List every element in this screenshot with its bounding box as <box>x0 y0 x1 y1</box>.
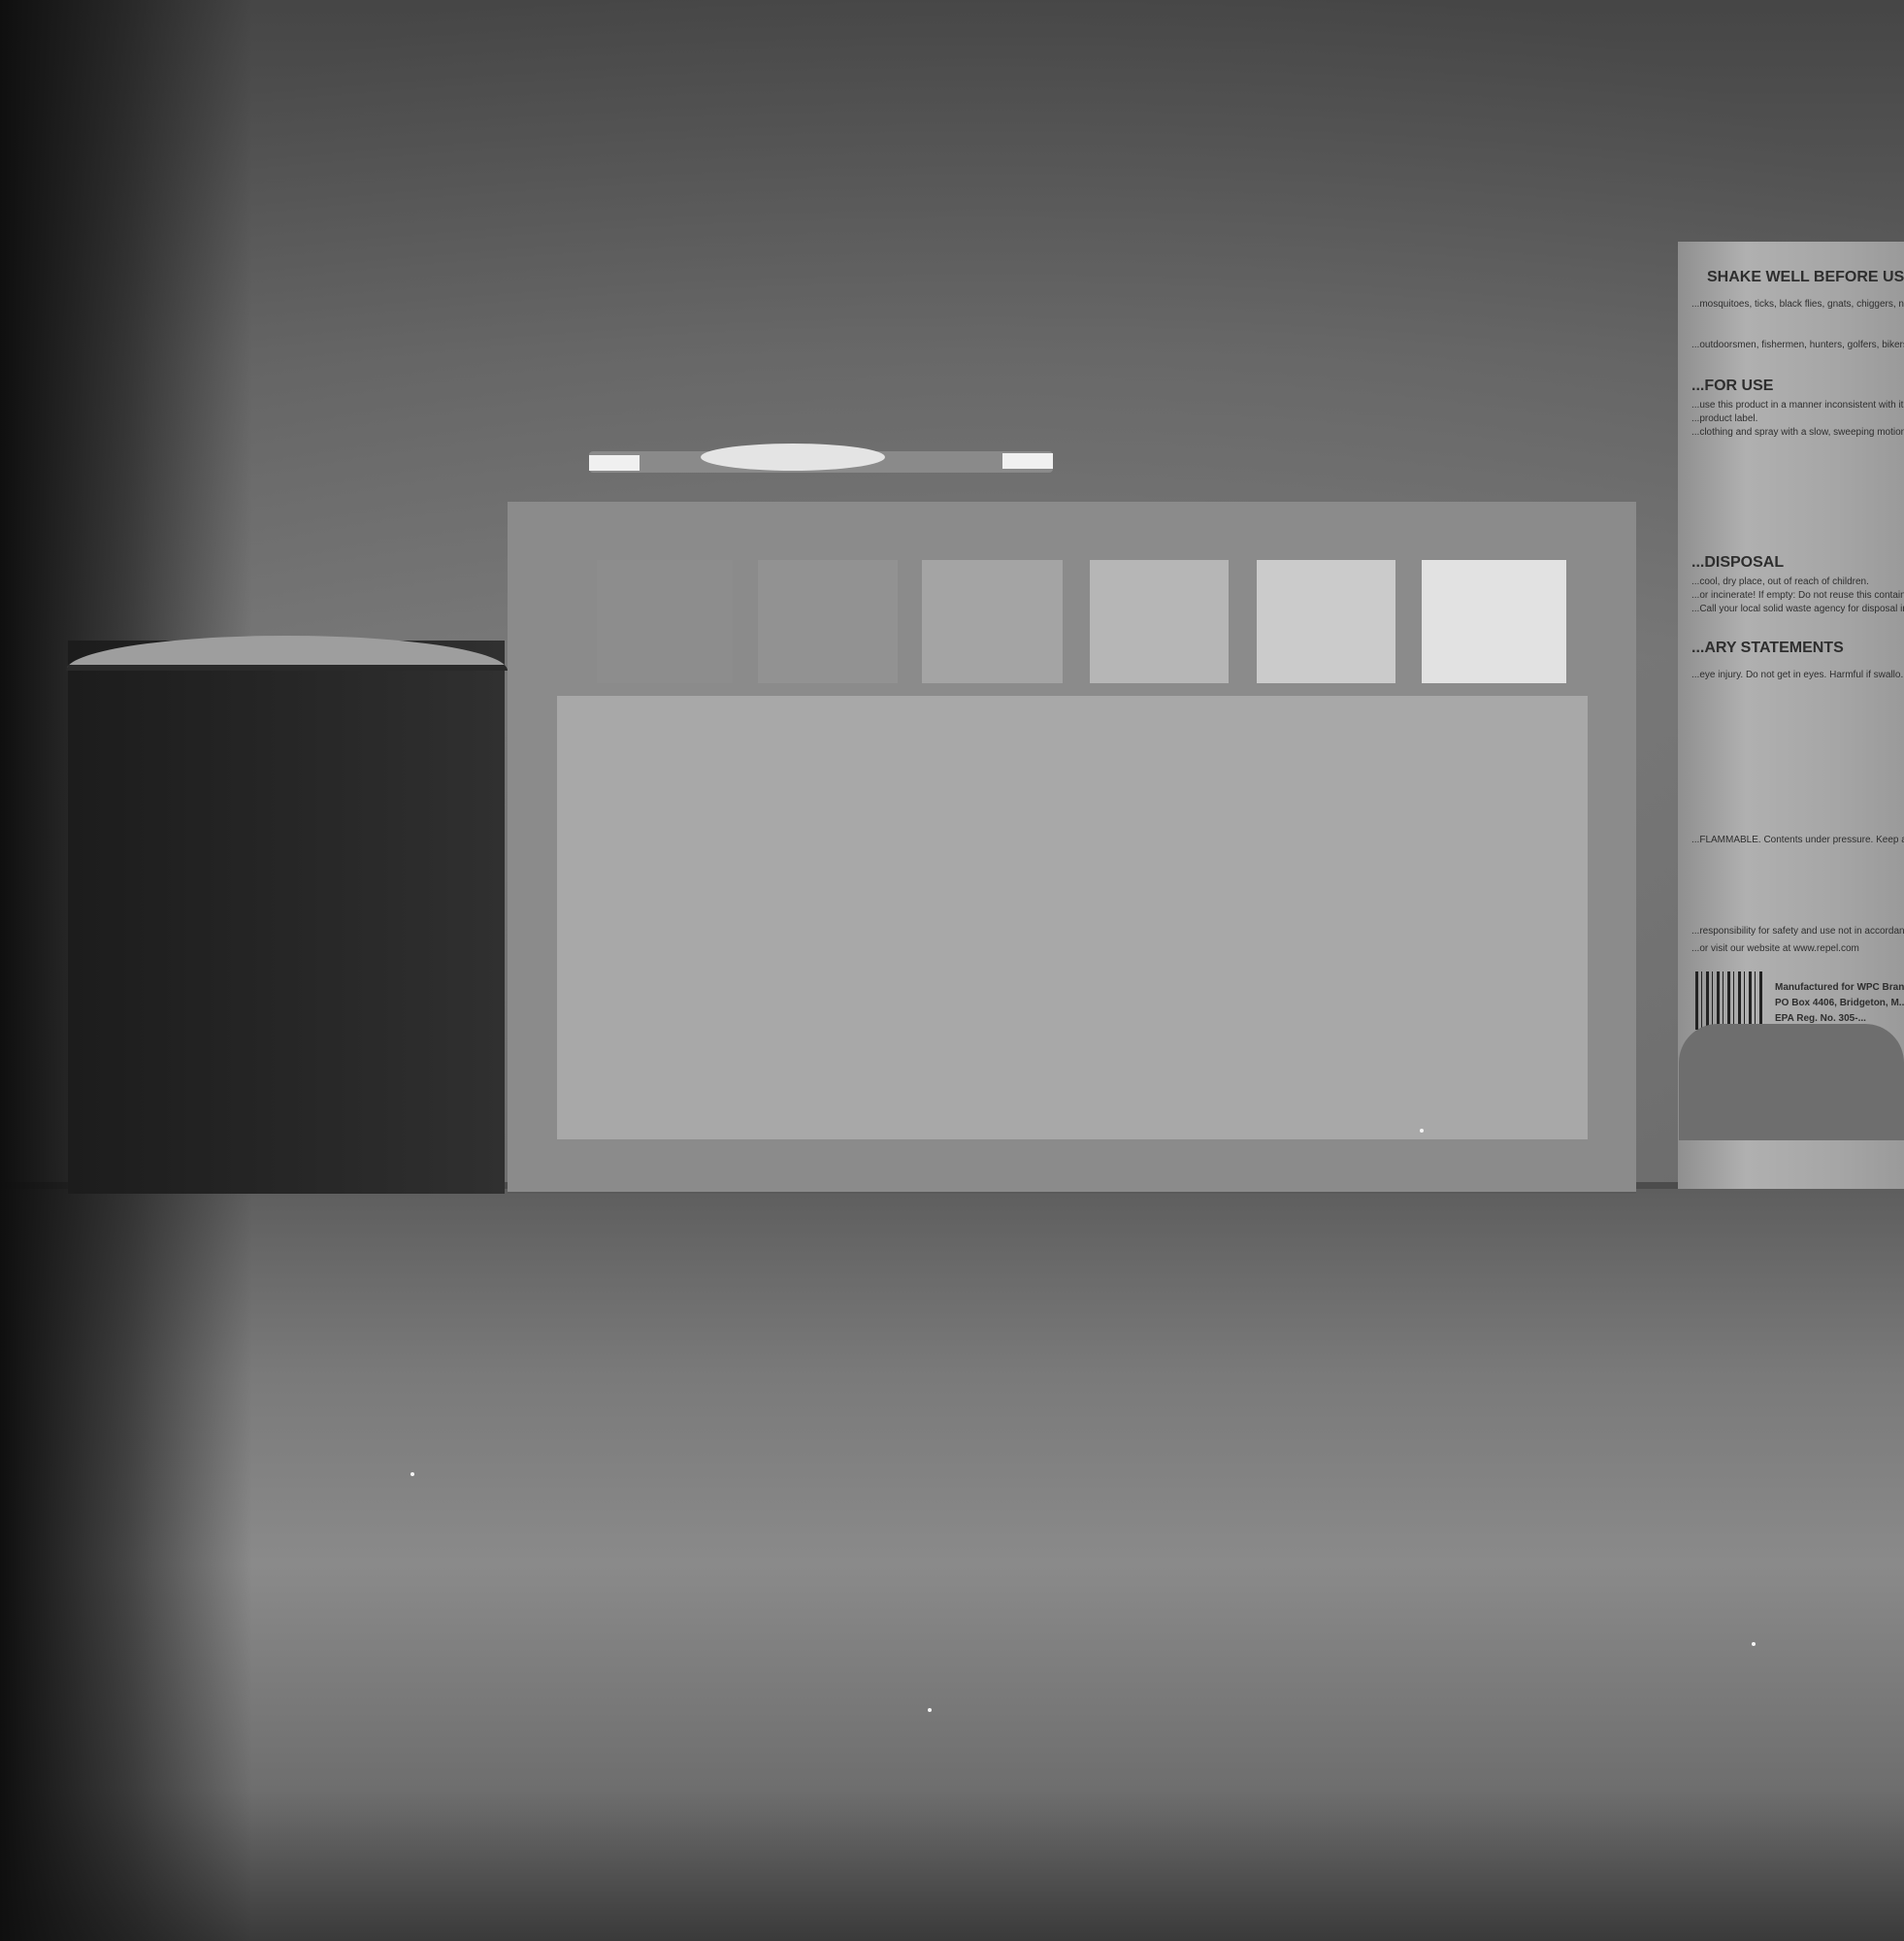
large-gray-panel <box>557 696 1588 1139</box>
can-heading-disposal: ...DISPOSAL <box>1691 554 1904 572</box>
wooden-table <box>0 1189 1904 1941</box>
can-line: ...cool, dry place, out of reach of chil… <box>1691 576 1904 589</box>
object-tab-left <box>589 455 640 471</box>
object-behind-card <box>589 451 1053 473</box>
tone-swatch-2 <box>758 560 898 683</box>
tone-swatch-3 <box>922 560 1063 683</box>
can-line: ...product label. <box>1691 412 1904 426</box>
tone-swatch-1 <box>597 560 733 683</box>
can-heading-statements: ...ARY STATEMENTS <box>1691 640 1904 657</box>
can-line: ...eye injury. Do not get in eyes. Harmf… <box>1691 669 1904 682</box>
tone-swatch-4 <box>1090 560 1229 683</box>
dust-speck <box>1420 1129 1424 1133</box>
barcode <box>1695 971 1763 1030</box>
can-line: ...or visit our website at www.repel.com <box>1691 942 1904 956</box>
can-maker: PO Box 4406, Bridgeton, M... <box>1775 997 1904 1010</box>
can-line: ...outdoorsmen, fishermen, hunters, golf… <box>1691 339 1904 352</box>
photo-scene: SHAKE WELL BEFORE USING ...mosquitoes, t… <box>0 0 1904 1941</box>
tone-swatch-5 <box>1257 560 1395 683</box>
can-heading-shake: SHAKE WELL BEFORE USING <box>1707 269 1904 286</box>
object-knob <box>701 444 885 471</box>
can-line: ...Call your local solid waste agency fo… <box>1691 603 1904 616</box>
dust-speck <box>928 1708 932 1712</box>
dust-speck <box>1752 1642 1756 1646</box>
can-line: ...clothing and spray with a slow, sweep… <box>1691 426 1904 440</box>
object-tab-right <box>1002 453 1053 469</box>
can-line: ...mosquitoes, ticks, black flies, gnats… <box>1691 298 1904 312</box>
gray-test-card <box>508 502 1636 1192</box>
dark-cup <box>68 641 505 1194</box>
can-maker: Manufactured for WPC Brands <box>1775 981 1904 995</box>
can-heading-use: ...FOR USE <box>1691 378 1904 395</box>
tone-swatch-6 <box>1422 560 1566 683</box>
can-line: ...or incinerate! If empty: Do not reuse… <box>1691 589 1904 603</box>
can-line: ...responsibility for safety and use not… <box>1691 925 1904 938</box>
can-line: ...use this product in a manner inconsis… <box>1691 399 1904 412</box>
can-line: ...FLAMMABLE. Contents under pressure. K… <box>1691 834 1904 847</box>
dust-speck <box>410 1472 414 1476</box>
can-cap <box>1679 1024 1904 1140</box>
